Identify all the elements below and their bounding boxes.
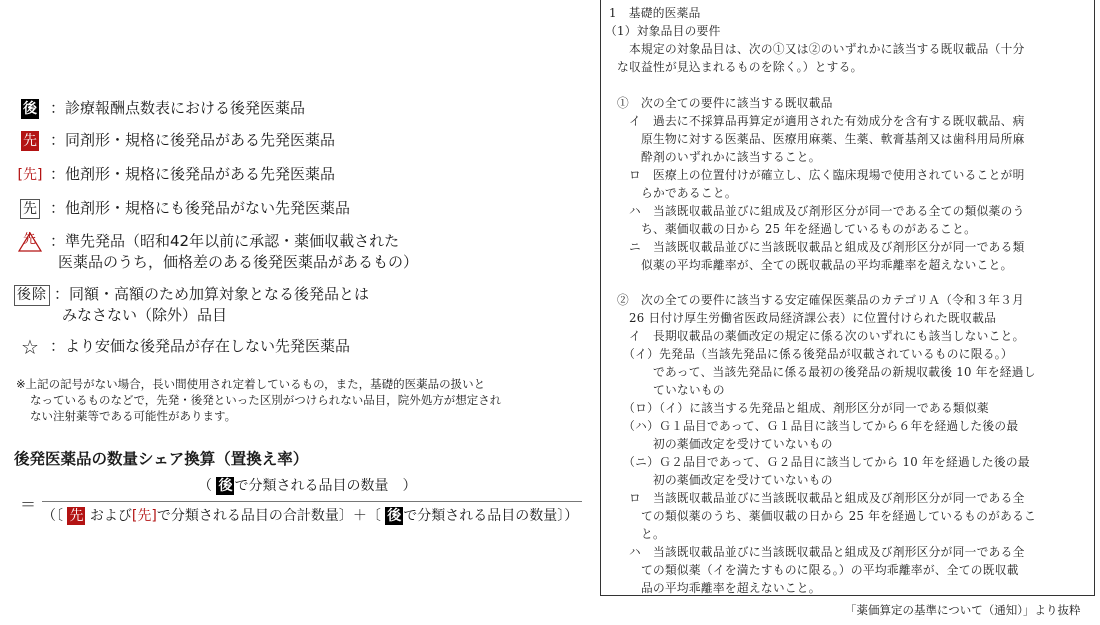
legend-item-excluded-generic: 後除 ：同額・高額のため加算対象となる後発品とは みなさない（除外）品目 xyxy=(14,284,369,326)
doc-line: ② 次の全ての要件に該当する安定確保医薬品のカテゴリＡ（令和３年３月 xyxy=(605,291,1024,309)
equals-sign: ＝ xyxy=(20,492,36,515)
doc-line: （ハ）Ｇ１品目であって、Ｇ１品目に該当してから６年を経過した後の最 xyxy=(605,417,1018,435)
legend-item-original-same-form: 先 ：同剤形・規格に後発品がある先発医薬品 xyxy=(14,130,335,152)
legend-text: ：診療報酬点数表における後発医薬品 xyxy=(50,98,305,119)
legend-text: ：他剤形・規格にも後発品がない先発医薬品 xyxy=(50,198,350,219)
original-drug-bracket-icon: [先] xyxy=(132,508,157,524)
doc-line: ての類似薬のうち、薬価収載の日から 25 年を経過しているものがあるこ xyxy=(605,507,1036,525)
original-drug-boxed-icon: 先 xyxy=(20,199,40,219)
legend-item-no-cheaper-generic: ☆ ：より安価な後発品が存在しない先発医薬品 xyxy=(14,336,350,358)
legend-text-cont: 医薬品のうち，価格差のある後発医薬品があるもの） xyxy=(58,252,418,273)
doc-line: と。 xyxy=(605,525,665,543)
doc-line: 酔剤のいずれかに該当すること。 xyxy=(605,148,821,166)
doc-line: イ 長期収載品の薬価改定の規定に係る次のいずれにも該当しないこと。 xyxy=(605,327,1025,345)
formula-numerator: （ 後で分類される品目の数量 ） xyxy=(198,476,416,496)
doc-line: 本規定の対象品目は、次の①又は②のいずれかに該当する既収載品（十分 xyxy=(605,40,1025,58)
doc-line: ていないもの xyxy=(605,381,725,399)
legend-item-generic: 後 ：診療報酬点数表における後発医薬品 xyxy=(14,98,305,120)
fraction-line xyxy=(42,501,582,502)
generic-drug-icon: 後 xyxy=(216,477,234,495)
star-icon: ☆ xyxy=(21,337,39,357)
doc-line: ロ 当該既収載品並びに当該既収載品と組成及び剤形区分が同一である全 xyxy=(605,489,1025,507)
footnote: ※上記の記号がない場合，長い間使用され定着しているもの，また，基礎的医薬品の扱い… xyxy=(16,376,576,424)
footnote-line: なっているものなどで，先発・後発といった区別がつけられない品目，院外処方が想定さ… xyxy=(16,392,576,408)
doc-line: ハ 当該既収載品並びに当該既収載品と組成及び剤形区分が同一である全 xyxy=(605,543,1025,561)
doc-line: な収益性が見込まれるものを除く。）とする。 xyxy=(605,58,863,76)
legend-text-cont: みなさない（除外）品目 xyxy=(62,305,369,326)
doc-line: 26 日付け厚生労働省医政局経済課公表）に位置付けられた既収載品 xyxy=(605,309,996,327)
legend-text: ：同額・高額のため加算対象となる後発品とは xyxy=(54,284,369,305)
doc-line: 品の平均乖離率を超えないこと。 xyxy=(605,579,821,597)
doc-line: 初の薬価改定を受けていないもの xyxy=(605,435,833,453)
legend-item-quasi-original: 先 ：準先発品（昭和42年以前に承認・薬価収載された 医薬品のうち，価格差のある… xyxy=(14,231,418,273)
doc-line: （イ）先発品（当該先発品に係る後発品が収載されているものに限る。） xyxy=(605,345,1013,363)
doc-line: 1 基礎的医薬品 xyxy=(609,4,701,22)
doc-line: ロ 医療上の位置付けが確立し、広く臨床現場で使用されていることが明 xyxy=(605,166,1025,184)
footnote-line: ※上記の記号がない場合，長い間使用され定着しているもの，また，基礎的医薬品の扱い… xyxy=(16,376,576,392)
doc-line: らかであること。 xyxy=(605,184,737,202)
doc-line: （ロ）（イ）に該当する先発品と組成、剤形区分が同一である類似薬 xyxy=(605,399,989,417)
doc-line: 初の薬価改定を受けていないもの xyxy=(605,471,833,489)
legend-text: ：同剤形・規格に後発品がある先発医薬品 xyxy=(50,130,335,151)
legend-item-original-no-generic: 先 ：他剤形・規格にも後発品がない先発医薬品 xyxy=(14,198,350,220)
regulation-excerpt-box: 1 基礎的医薬品 （1）対象品目の要件 本規定の対象品目は、次の①又は②のいずれ… xyxy=(600,0,1095,596)
generic-drug-icon: 後 xyxy=(385,507,403,525)
formula-denominator: （〔 先 および[先]で分類される品目の合計数量〕＋〔 後で分類される品目の数量… xyxy=(42,506,578,526)
legend-item-original-other-form: [先] ：他剤形・規格に後発品がある先発医薬品 xyxy=(14,164,335,186)
generic-drug-icon: 後 xyxy=(21,99,39,119)
doc-line: ハ 当該既収載品並びに組成及び剤形区分が同一である全ての類似薬のう xyxy=(605,202,1025,220)
original-drug-red-icon: 先 xyxy=(67,507,85,525)
doc-line: ち、薬価収載の日から 25 年を経過しているものがあること。 xyxy=(605,220,976,238)
doc-line: （1）対象品目の要件 xyxy=(605,22,721,40)
legend-text: ：準先発品（昭和42年以前に承認・薬価収載された xyxy=(50,231,418,252)
doc-line: イ 過去に不採算品再算定が適用された有効成分を含有する既収載品、病 xyxy=(605,112,1025,130)
source-caption: 「薬価算定の基準について（通知）」より抜粋 xyxy=(845,602,1081,618)
doc-line: ① 次の全ての要件に該当する既収載品 xyxy=(605,94,833,112)
original-drug-red-icon: 先 xyxy=(21,131,39,151)
doc-line: 原生物に対する医薬品、医療用麻薬、生薬、軟膏基剤又は歯科用局所麻 xyxy=(605,130,1025,148)
formula-title: 後発医薬品の数量シェア換算（置換え率） xyxy=(14,447,308,469)
legend-text: ：より安価な後発品が存在しない先発医薬品 xyxy=(50,336,350,357)
doc-line: であって、当該先発品に係る最初の後発品の新規収載後 10 年を経過し xyxy=(605,363,1036,381)
original-drug-bracket-icon: [先] xyxy=(18,166,43,184)
doc-line: ての類似薬（イを満たすものに限る。）の平均乖離率が、全ての既収載 xyxy=(605,561,1019,579)
excluded-generic-icon: 後除 xyxy=(14,285,50,306)
quasi-original-triangle-icon: 先 xyxy=(18,232,42,252)
doc-line: 似薬の平均乖離率が、全ての既収載品の平均乖離率を超えないこと。 xyxy=(605,256,1013,274)
doc-line: ニ 当該既収載品並びに当該既収載品と組成及び剤形区分が同一である類 xyxy=(605,238,1025,256)
footnote-line: ない注射薬等である可能性があります。 xyxy=(16,408,576,424)
doc-line: （ニ）Ｇ２品目であって、Ｇ２品目に該当してから 10 年を経過した後の最 xyxy=(605,453,1030,471)
legend-text: ：他剤形・規格に後発品がある先発医薬品 xyxy=(50,164,335,185)
share-formula: ＝ （ 後で分類される品目の数量 ） （〔 先 および[先]で分類される品目の合… xyxy=(20,476,582,532)
